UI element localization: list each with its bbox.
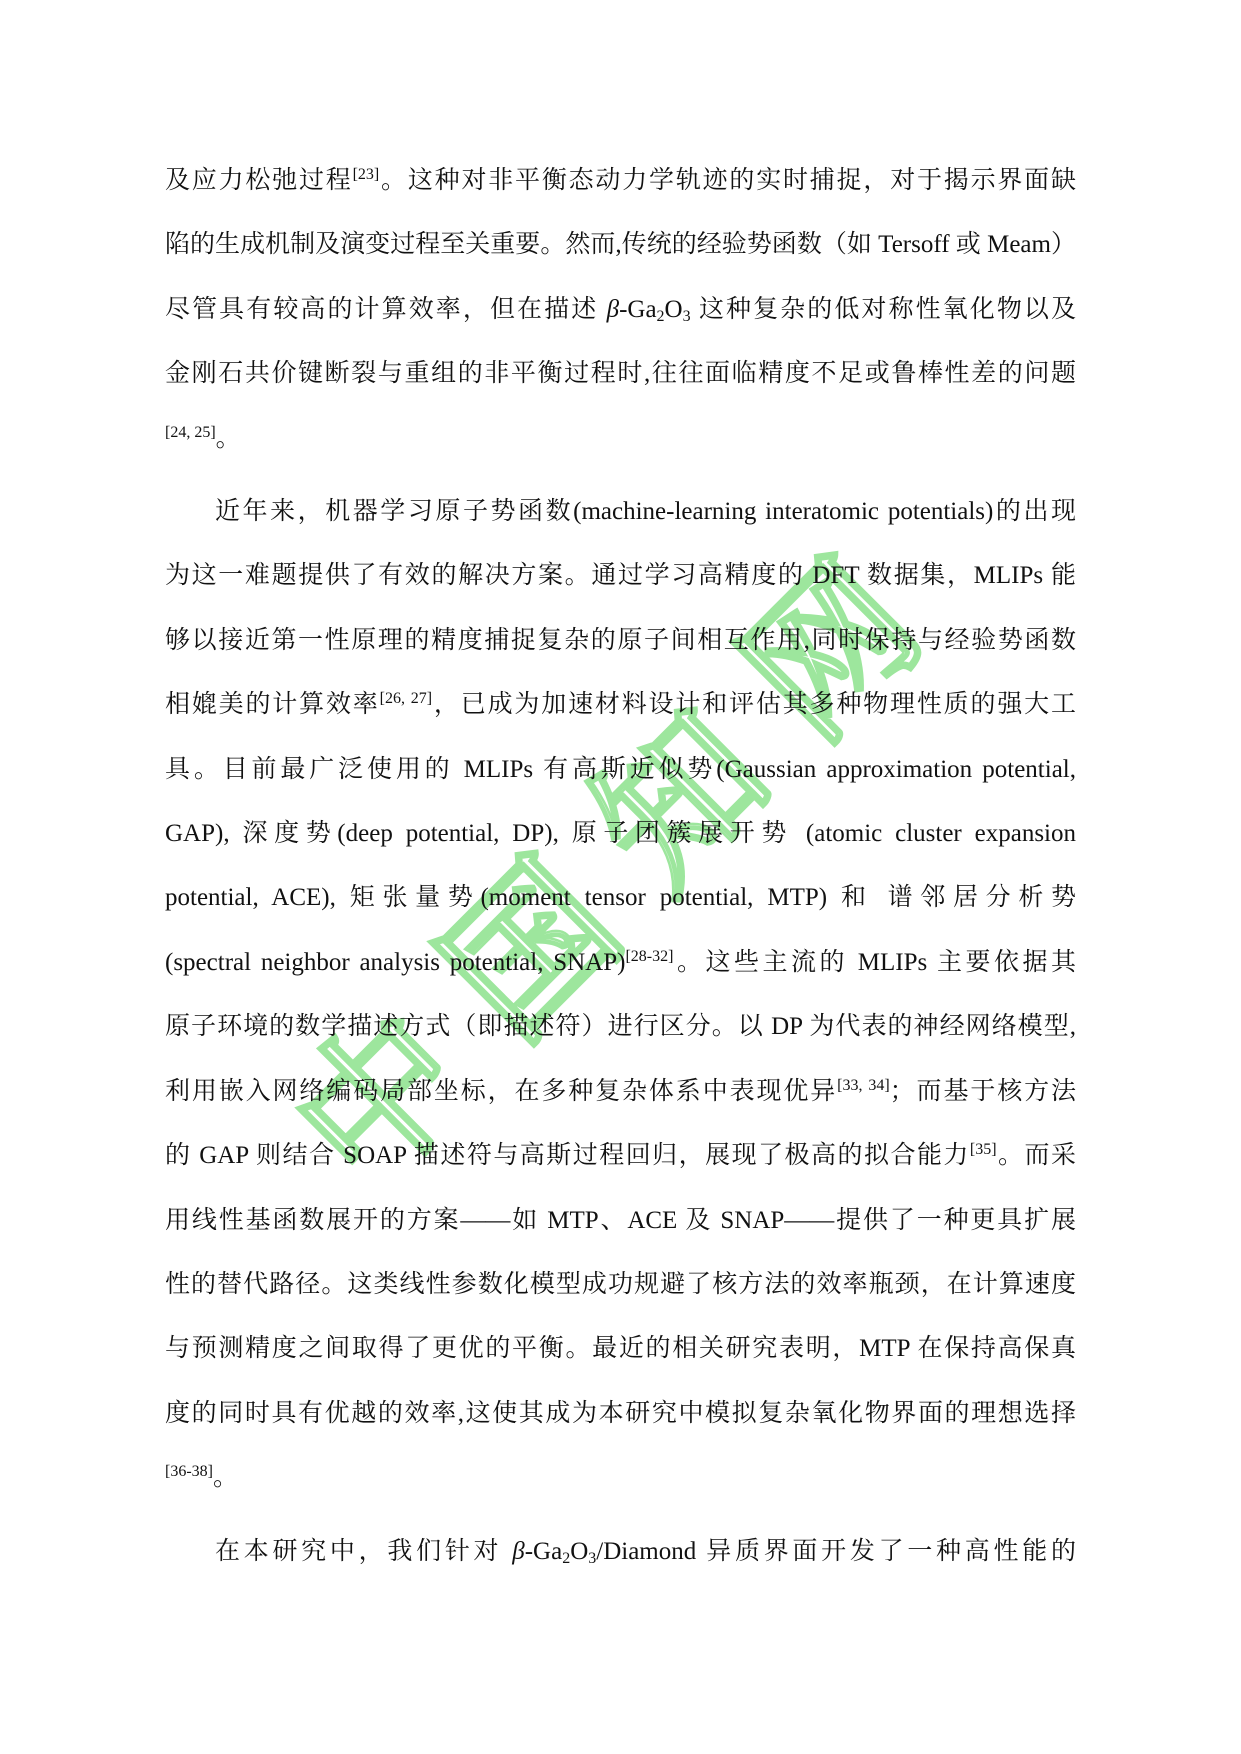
text-seg: O <box>570 1538 588 1565</box>
text-seg: GAP), 深度势(deep potential, DP), 原子团簇展开势 (… <box>165 820 1076 847</box>
text-seg: (spectral neighbor analysis potential, S… <box>165 949 625 976</box>
text-line: 的 GAP 则结合 SOAP 描述符与高斯过程回归，展现了极高的拟合能力[35]… <box>165 1124 1076 1188</box>
text-seg: 3 <box>683 308 691 325</box>
citation-ref: [36-38] <box>165 1463 213 1480</box>
text-seg: 2 <box>562 1550 570 1567</box>
text-line: 尽管具有较高的计算效率，但在描述 β-Ga2O3 这种复杂的低对称性氧化物以及 <box>165 278 1076 342</box>
text-line: [36-38]。 <box>165 1446 1076 1510</box>
text-seg: 。这种对非平衡态动力学轨迹的实时捕捉，对于揭示界面缺 <box>379 167 1076 194</box>
text-line: 原子环境的数学描述方式（即描述符）进行区分。以 DP 为代表的神经网络模型, <box>165 995 1076 1059</box>
text-seg: β <box>607 296 619 323</box>
text-seg: 2 <box>657 308 665 325</box>
text-seg: 尽管具有较高的计算效率，但在描述 <box>165 296 607 323</box>
text-line: 与预测精度之间取得了更优的平衡。最近的相关研究表明，MTP 在保持高保真 <box>165 1317 1076 1381</box>
citation-ref: [24, 25] <box>165 424 216 441</box>
text-line: [24, 25]。 <box>165 407 1076 471</box>
text-seg: 。而采 <box>997 1142 1076 1169</box>
text-seg: 及应力松弛过程 <box>165 167 353 194</box>
text-block: 及应力松弛过程[23]。这种对非平衡态动力学轨迹的实时捕捉，对于揭示界面缺陷的生… <box>165 149 1076 1584</box>
text-seg: potential, ACE), 矩张量势(moment tensor pote… <box>165 884 1076 911</box>
text-seg: -Ga <box>525 1538 562 1565</box>
text-seg: O <box>665 296 683 323</box>
text-line: 度的同时具有优越的效率,这使其成为本研究中模拟复杂氧化物界面的理想选择 <box>165 1382 1076 1446</box>
text-seg: ；而基于核方法 <box>890 1078 1076 1105</box>
text-seg: 近年来，机器学习原子势函数(machine-learning interatom… <box>215 498 1076 525</box>
text-line: 陷的生成机制及演变过程至关重要。然而,传统的经验势函数（如 Tersoff 或 … <box>165 213 1076 277</box>
text-seg: 。 <box>213 1464 238 1491</box>
text-seg: 为这一难题提供了有效的解决方案。通过学习高精度的 DFT 数据集，MLIPs 能 <box>165 562 1076 589</box>
text-seg: /Diamond 异质界面开发了一种高性能的 <box>596 1538 1076 1565</box>
text-line: 具。目前最广泛使用的 MLIPs 有高斯近似势(Gaussian approxi… <box>165 738 1076 802</box>
text-seg: -Ga <box>619 296 656 323</box>
text-line: 为这一难题提供了有效的解决方案。通过学习高精度的 DFT 数据集，MLIPs 能 <box>165 544 1076 608</box>
text-seg: ，已成为加速材料设计和评估其多种物理性质的强大工 <box>432 691 1076 718</box>
citation-ref: [23] <box>353 166 380 183</box>
text-line: 够以接近第一性原理的精度捕捉复杂的原子间相互作用,同时保持与经验势函数 <box>165 609 1076 673</box>
text-seg: 利用嵌入网络编码局部坐标，在多种复杂体系中表现优异 <box>165 1078 837 1105</box>
text-seg: 的 GAP 则结合 SOAP 描述符与高斯过程回归，展现了极高的拟合能力 <box>165 1142 970 1169</box>
text-line: 相媲美的计算效率[26, 27]，已成为加速材料设计和评估其多种物理性质的强大工 <box>165 673 1076 737</box>
text-seg: 在本研究中，我们针对 <box>215 1538 512 1565</box>
citation-ref: [35] <box>970 1141 997 1158</box>
text-seg: 。 <box>216 425 241 452</box>
text-line: 近年来，机器学习原子势函数(machine-learning interatom… <box>165 480 1076 544</box>
text-seg: 这种复杂的低对称性氧化物以及 <box>691 296 1076 323</box>
text-line: 性的替代路径。这类线性参数化模型成功规避了核方法的效率瓶颈，在计算速度 <box>165 1253 1076 1317</box>
text-seg: β <box>512 1538 524 1565</box>
text-seg: 够以接近第一性原理的精度捕捉复杂的原子间相互作用,同时保持与经验势函数 <box>165 627 1076 654</box>
text-line: 金刚石共价键断裂与重组的非平衡过程时,往往面临精度不足或鲁棒性差的问题 <box>165 342 1076 406</box>
text-line: (spectral neighbor analysis potential, S… <box>165 931 1076 995</box>
text-seg: 具。目前最广泛使用的 MLIPs 有高斯近似势(Gaussian approxi… <box>165 756 1076 783</box>
text-seg: 陷的生成机制及演变过程至关重要。然而,传统的经验势函数（如 Tersoff 或 … <box>165 231 1076 258</box>
text-seg: 相媲美的计算效率 <box>165 691 380 718</box>
text-seg: 度的同时具有优越的效率,这使其成为本研究中模拟复杂氧化物界面的理想选择 <box>165 1400 1076 1427</box>
text-line: 在本研究中，我们针对 β-Ga2O3/Diamond 异质界面开发了一种高性能的 <box>165 1520 1076 1584</box>
manuscript-page: 中国知网 及应力松弛过程[23]。这种对非平衡态动力学轨迹的实时捕捉，对于揭示界… <box>0 0 1241 1754</box>
text-seg: 性的替代路径。这类线性参数化模型成功规避了核方法的效率瓶颈，在计算速度 <box>165 1271 1076 1298</box>
citation-ref: [26, 27] <box>380 690 432 707</box>
text-seg: 。这些主流的 MLIPs 主要依据其 <box>673 949 1076 976</box>
citation-ref: [28-32] <box>625 948 673 965</box>
text-seg: 用线性基函数展开的方案——如 MTP、ACE 及 SNAP——提供了一种更具扩展 <box>165 1207 1076 1234</box>
text-seg: 金刚石共价键断裂与重组的非平衡过程时,往往面临精度不足或鲁棒性差的问题 <box>165 360 1076 387</box>
text-line: 用线性基函数展开的方案——如 MTP、ACE 及 SNAP——提供了一种更具扩展 <box>165 1189 1076 1253</box>
text-line: potential, ACE), 矩张量势(moment tensor pote… <box>165 866 1076 930</box>
text-line: GAP), 深度势(deep potential, DP), 原子团簇展开势 (… <box>165 802 1076 866</box>
text-seg: 与预测精度之间取得了更优的平衡。最近的相关研究表明，MTP 在保持高保真 <box>165 1335 1076 1362</box>
text-line: 及应力松弛过程[23]。这种对非平衡态动力学轨迹的实时捕捉，对于揭示界面缺 <box>165 149 1076 213</box>
text-seg: 原子环境的数学描述方式（即描述符）进行区分。以 DP 为代表的神经网络模型, <box>165 1013 1076 1040</box>
citation-ref: [33, 34] <box>837 1077 890 1094</box>
text-line: 利用嵌入网络编码局部坐标，在多种复杂体系中表现优异[33, 34]；而基于核方法 <box>165 1060 1076 1124</box>
